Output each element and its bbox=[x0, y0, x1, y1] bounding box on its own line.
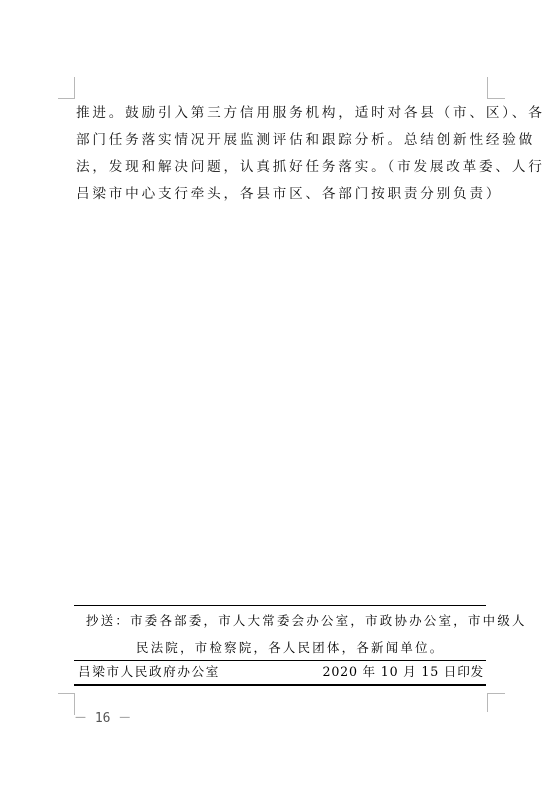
body-line: 部门任务落实情况开展监测评估和跟踪分析。总结创新性经验做 bbox=[76, 127, 488, 154]
corner-mark-top-right bbox=[487, 77, 505, 99]
document-page: 推进。鼓励引入第三方信用服务机构，适时对各县（市、区）、各 部门任务落实情况开展… bbox=[0, 0, 557, 786]
body-paragraph: 推进。鼓励引入第三方信用服务机构，适时对各县（市、区）、各 部门任务落实情况开展… bbox=[76, 100, 488, 208]
distribution-top-rule bbox=[74, 605, 486, 606]
page-number: － 16 － bbox=[74, 707, 131, 726]
distribution-bottom-rule bbox=[74, 660, 486, 661]
body-line: 吕梁市中心支行牵头，各县市区、各部门按职责分别负责） bbox=[76, 181, 488, 208]
corner-mark-bottom-right bbox=[487, 693, 505, 712]
record-bottom-rule bbox=[74, 684, 486, 686]
body-line: 法，发现和解决问题，认真抓好任务落实。（市发展改革委、人行 bbox=[76, 154, 488, 181]
body-line: 推进。鼓励引入第三方信用服务机构，适时对各县（市、区）、各 bbox=[76, 100, 488, 127]
distribution-line: 抄送：市委各部委，市人大常委会办公室，市政协办公室，市中级人 bbox=[86, 611, 527, 631]
corner-mark-top-left bbox=[58, 77, 75, 99]
distribution-line: 民法院，市检察院，各人民团体，各新闻单位。 bbox=[136, 638, 445, 658]
corner-mark-bottom-left bbox=[58, 693, 75, 715]
issuing-office: 吕梁市人民政府办公室 bbox=[78, 662, 220, 682]
issue-date: 2020 年 10 月 15 日印发 bbox=[323, 662, 485, 682]
